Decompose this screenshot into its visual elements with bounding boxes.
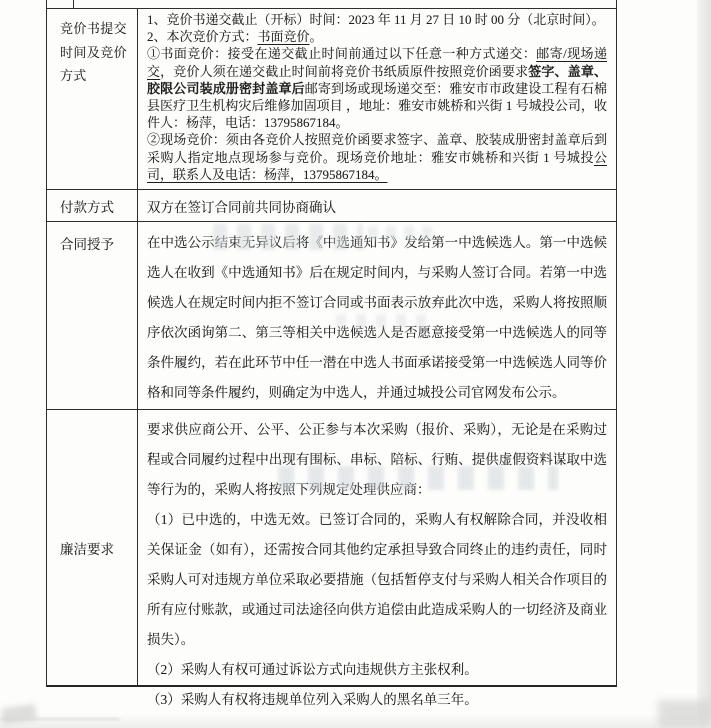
row-content-cell: 1、竞价书递交截止（开标）时间：2023 年 11 月 27 日 10 时 00… xyxy=(138,9,616,189)
row-content-cell: 要求供应商公开、公平、公正参与本次采购（报价、采购），无论是在采购过程或合同履约… xyxy=(138,410,616,685)
scan-streak-bottom-line xyxy=(0,718,120,720)
paragraph: （2）采购人有权可通过诉讼方式向违规供方主张权利。 xyxy=(147,655,607,685)
table-row-integrity: 廉洁要求 要求供应商公开、公平、公正参与本次采购（报价、采购），无论是在采购过程… xyxy=(47,410,616,687)
paragraph: 2、本次竞价方式：书面竞价。 xyxy=(147,28,607,45)
table-row-contract-award: 合同授予 在中选公示结束无异议后将《中选通知书》发给第一中选候选人。第一中选候选… xyxy=(47,222,616,410)
paragraph: ①书面竞价：接受在递交截止时间前通过以下任意一种方式递交：邮寄/现场递交，竞价人… xyxy=(147,45,607,131)
paragraph: 1、竞价书递交截止（开标）时间：2023 年 11 月 27 日 10 时 00… xyxy=(147,11,607,28)
row-label: 付款方式 xyxy=(60,196,114,216)
paragraph: （1）已中选的，中选无效。已签订合同的，采购人有权解除合同，并没收相关保证金（如… xyxy=(147,505,607,655)
row-label-cell: 竞价书提交时间及竞价方式 xyxy=(47,9,138,189)
row-content-cell: 双方在签订合同前共同协商确认 xyxy=(138,190,616,221)
document-page: 竞价书提交时间及竞价方式 1、竞价书递交截止（开标）时间：2023 年 11 月… xyxy=(0,0,711,728)
paragraph: 双方在签订合同前共同协商确认 xyxy=(147,196,607,216)
row-label: 竞价书提交时间及竞价方式 xyxy=(60,17,127,88)
page-edge-shadow-right xyxy=(697,0,711,728)
scan-streak-bottom-right xyxy=(658,700,711,728)
paragraph: ②现场竞价：须由各竞价人按照竞价函要求签字、盖章、胶装成册密封盖章后到采购人指定… xyxy=(147,131,607,183)
paragraph: 在中选公示结束无异议后将《中选通知书》发给第一中选候选人。第一中选候选人在收到《… xyxy=(147,228,607,408)
paragraph: （3）采购人有权将违规单位列入采购人的黑名单三年。 xyxy=(147,685,607,715)
row-label-cell: 付款方式 xyxy=(47,190,138,221)
row-label-cell: 廉洁要求 xyxy=(47,410,138,685)
table-row-payment: 付款方式 双方在签订合同前共同协商确认 xyxy=(47,190,616,222)
bid-table: 竞价书提交时间及竞价方式 1、竞价书递交截止（开标）时间：2023 年 11 月… xyxy=(46,0,617,687)
page-edge-shadow-bottom xyxy=(0,714,711,728)
row-label-cell: 合同授予 xyxy=(47,222,138,409)
top-partial-row xyxy=(47,0,616,9)
table-row-bid-submission: 竞价书提交时间及竞价方式 1、竞价书递交截止（开标）时间：2023 年 11 月… xyxy=(47,9,616,190)
paragraph: 要求供应商公开、公平、公正参与本次采购（报价、采购），无论是在采购过程或合同履约… xyxy=(147,415,607,505)
row-label: 合同授予 xyxy=(60,237,114,252)
row-label: 廉洁要求 xyxy=(60,538,114,558)
top-partial-row-divider xyxy=(73,0,74,8)
row-content-cell: 在中选公示结束无异议后将《中选通知书》发给第一中选候选人。第一中选候选人在收到《… xyxy=(138,222,616,409)
